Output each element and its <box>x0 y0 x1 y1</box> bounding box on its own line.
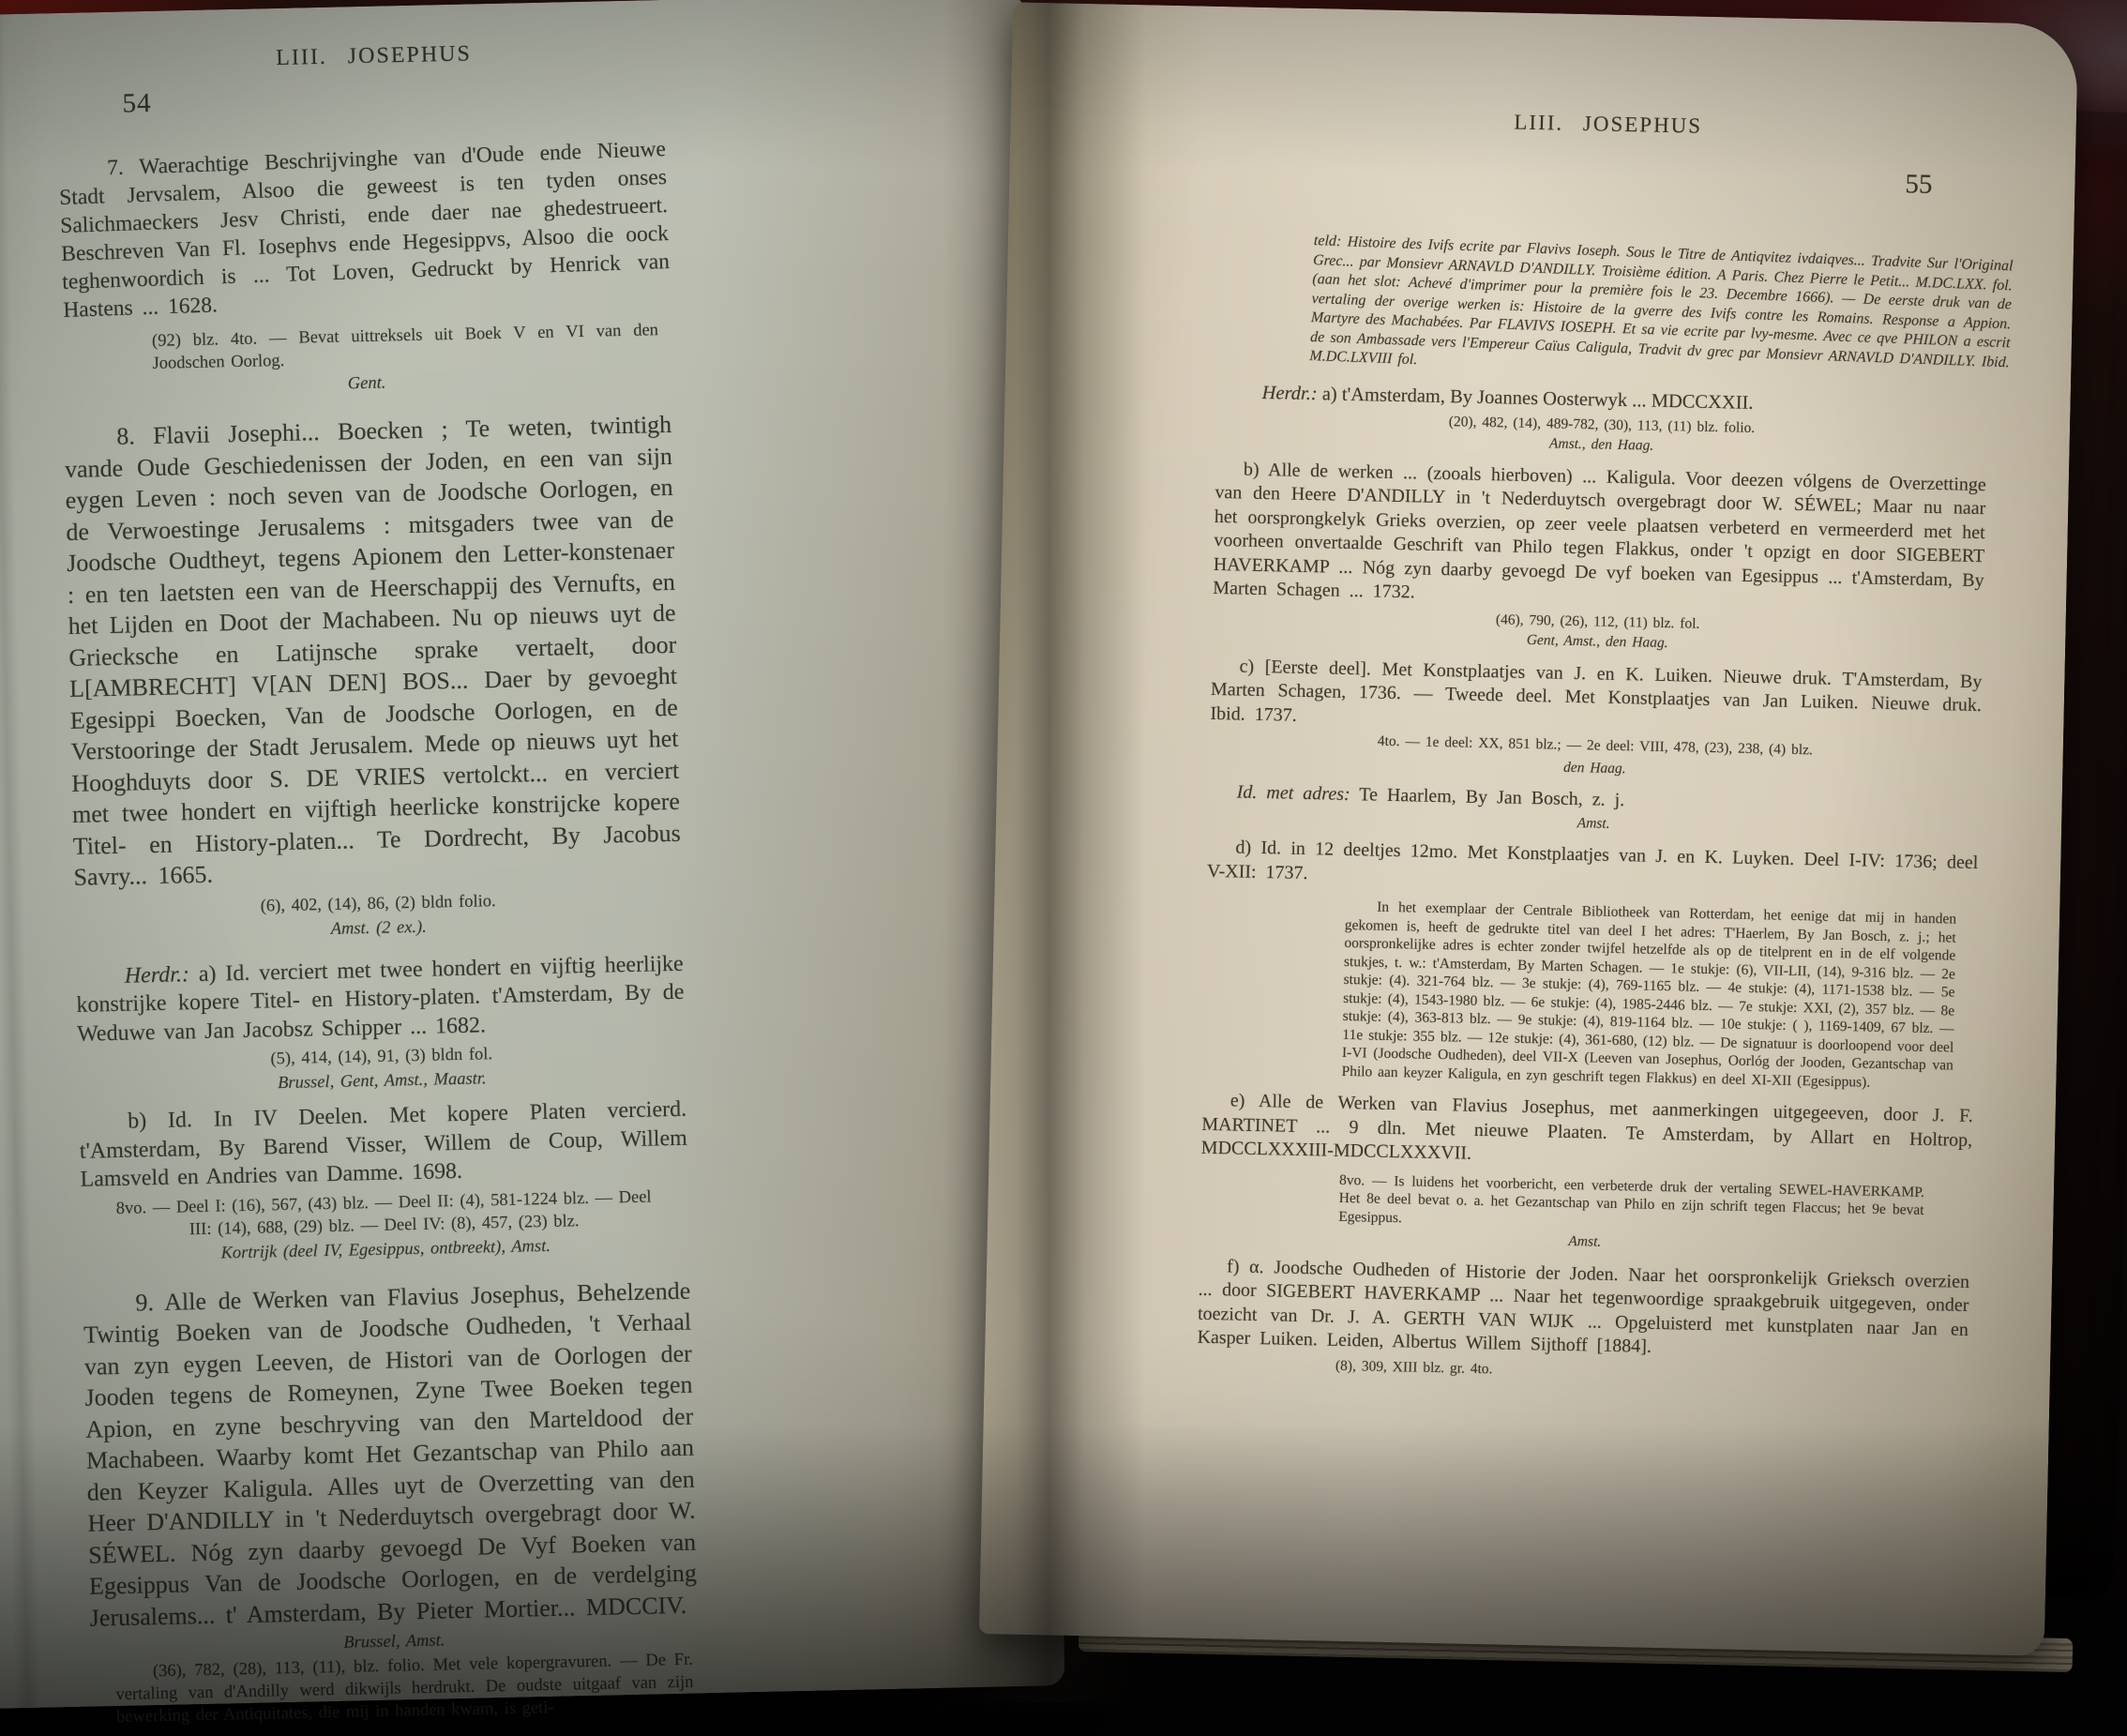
reprint-d-note: In het exemplaar der Centrale Bibliothee… <box>1341 898 1956 1094</box>
id-adres-text: Te Haarlem, By Jan Bosch, z. j. <box>1359 784 1624 810</box>
left-page-crease <box>0 14 41 1708</box>
reprint-label-right: Herdr.: <box>1261 382 1317 403</box>
reprint-d-text: d) Id. in 12 deeltjes 12mo. Met Konstpla… <box>1207 836 1979 899</box>
entry-7-text: 7. Waerachtige Beschrijvinghe van d'Oude… <box>58 135 671 325</box>
entry-9-text: 9. Alle de Werken van Flavius Josephus, … <box>83 1275 698 1634</box>
continued-note-text: teld: Histoire des Ivifs ecrite par Flav… <box>1309 232 2014 392</box>
left-page: LIII. JOSEPHUS 54 7. Waerachtige Beschri… <box>0 0 1065 1710</box>
running-header-left: LIII. JOSEPHUS <box>83 38 663 75</box>
reprint-e-note: 8vo. — Is luidens het voorbericht, een v… <box>1338 1170 1924 1238</box>
entry-8-text: 8. Flavii Josephi... Boecken ; Te weten,… <box>64 409 682 894</box>
page-number-right: 55 <box>1905 169 1933 201</box>
id-adres-label: Id. met adres: <box>1237 781 1350 805</box>
reprint-a-paragraph: Herdr.: a) Id. verciert met twee hondert… <box>75 949 685 1049</box>
left-page-text-column: LIII. JOSEPHUS 54 7. Waerachtige Beschri… <box>55 38 700 1729</box>
reprint-a-text-right: a) t'Amsterdam, By Joannes Oosterwyk ...… <box>1322 384 1754 414</box>
page-number-left: 54 <box>122 88 152 120</box>
entry-9-note: (36), 782, (28), 113, (11), blz. folio. … <box>115 1649 694 1728</box>
right-page-text-column: LIII. JOSEPHUS 55 teld: Histoire des Ivi… <box>1197 89 1994 1388</box>
running-header-right: LIII. JOSEPHUS <box>1223 104 1994 144</box>
reprint-b-text: b) Alle de werken ... (zooals hierboven)… <box>1213 457 1986 616</box>
reprint-e-text: e) Alle de Werken van Flavius Josephus, … <box>1201 1089 1973 1177</box>
reprint-label: Herdr.: <box>125 962 190 989</box>
left-page-header: LIII. JOSEPHUS 54 <box>55 38 665 141</box>
reprint-c-text: c) [Eerste deel]. Met Konstplaatjes van … <box>1210 654 1982 742</box>
reprint-f-text: f) α. Joodsche Oudheden of Historie der … <box>1197 1254 1969 1366</box>
right-page-header: LIII. JOSEPHUS 55 <box>1221 104 1994 214</box>
book-photo-scene: LIII. JOSEPHUS 54 7. Waerachtige Beschri… <box>0 0 2127 1736</box>
reprint-b-paragraph: b) Id. In IV Deelen. Met kopere Platen v… <box>79 1095 688 1195</box>
right-page: LIII. JOSEPHUS 55 teld: Histoire des Ivi… <box>979 2 2078 1655</box>
